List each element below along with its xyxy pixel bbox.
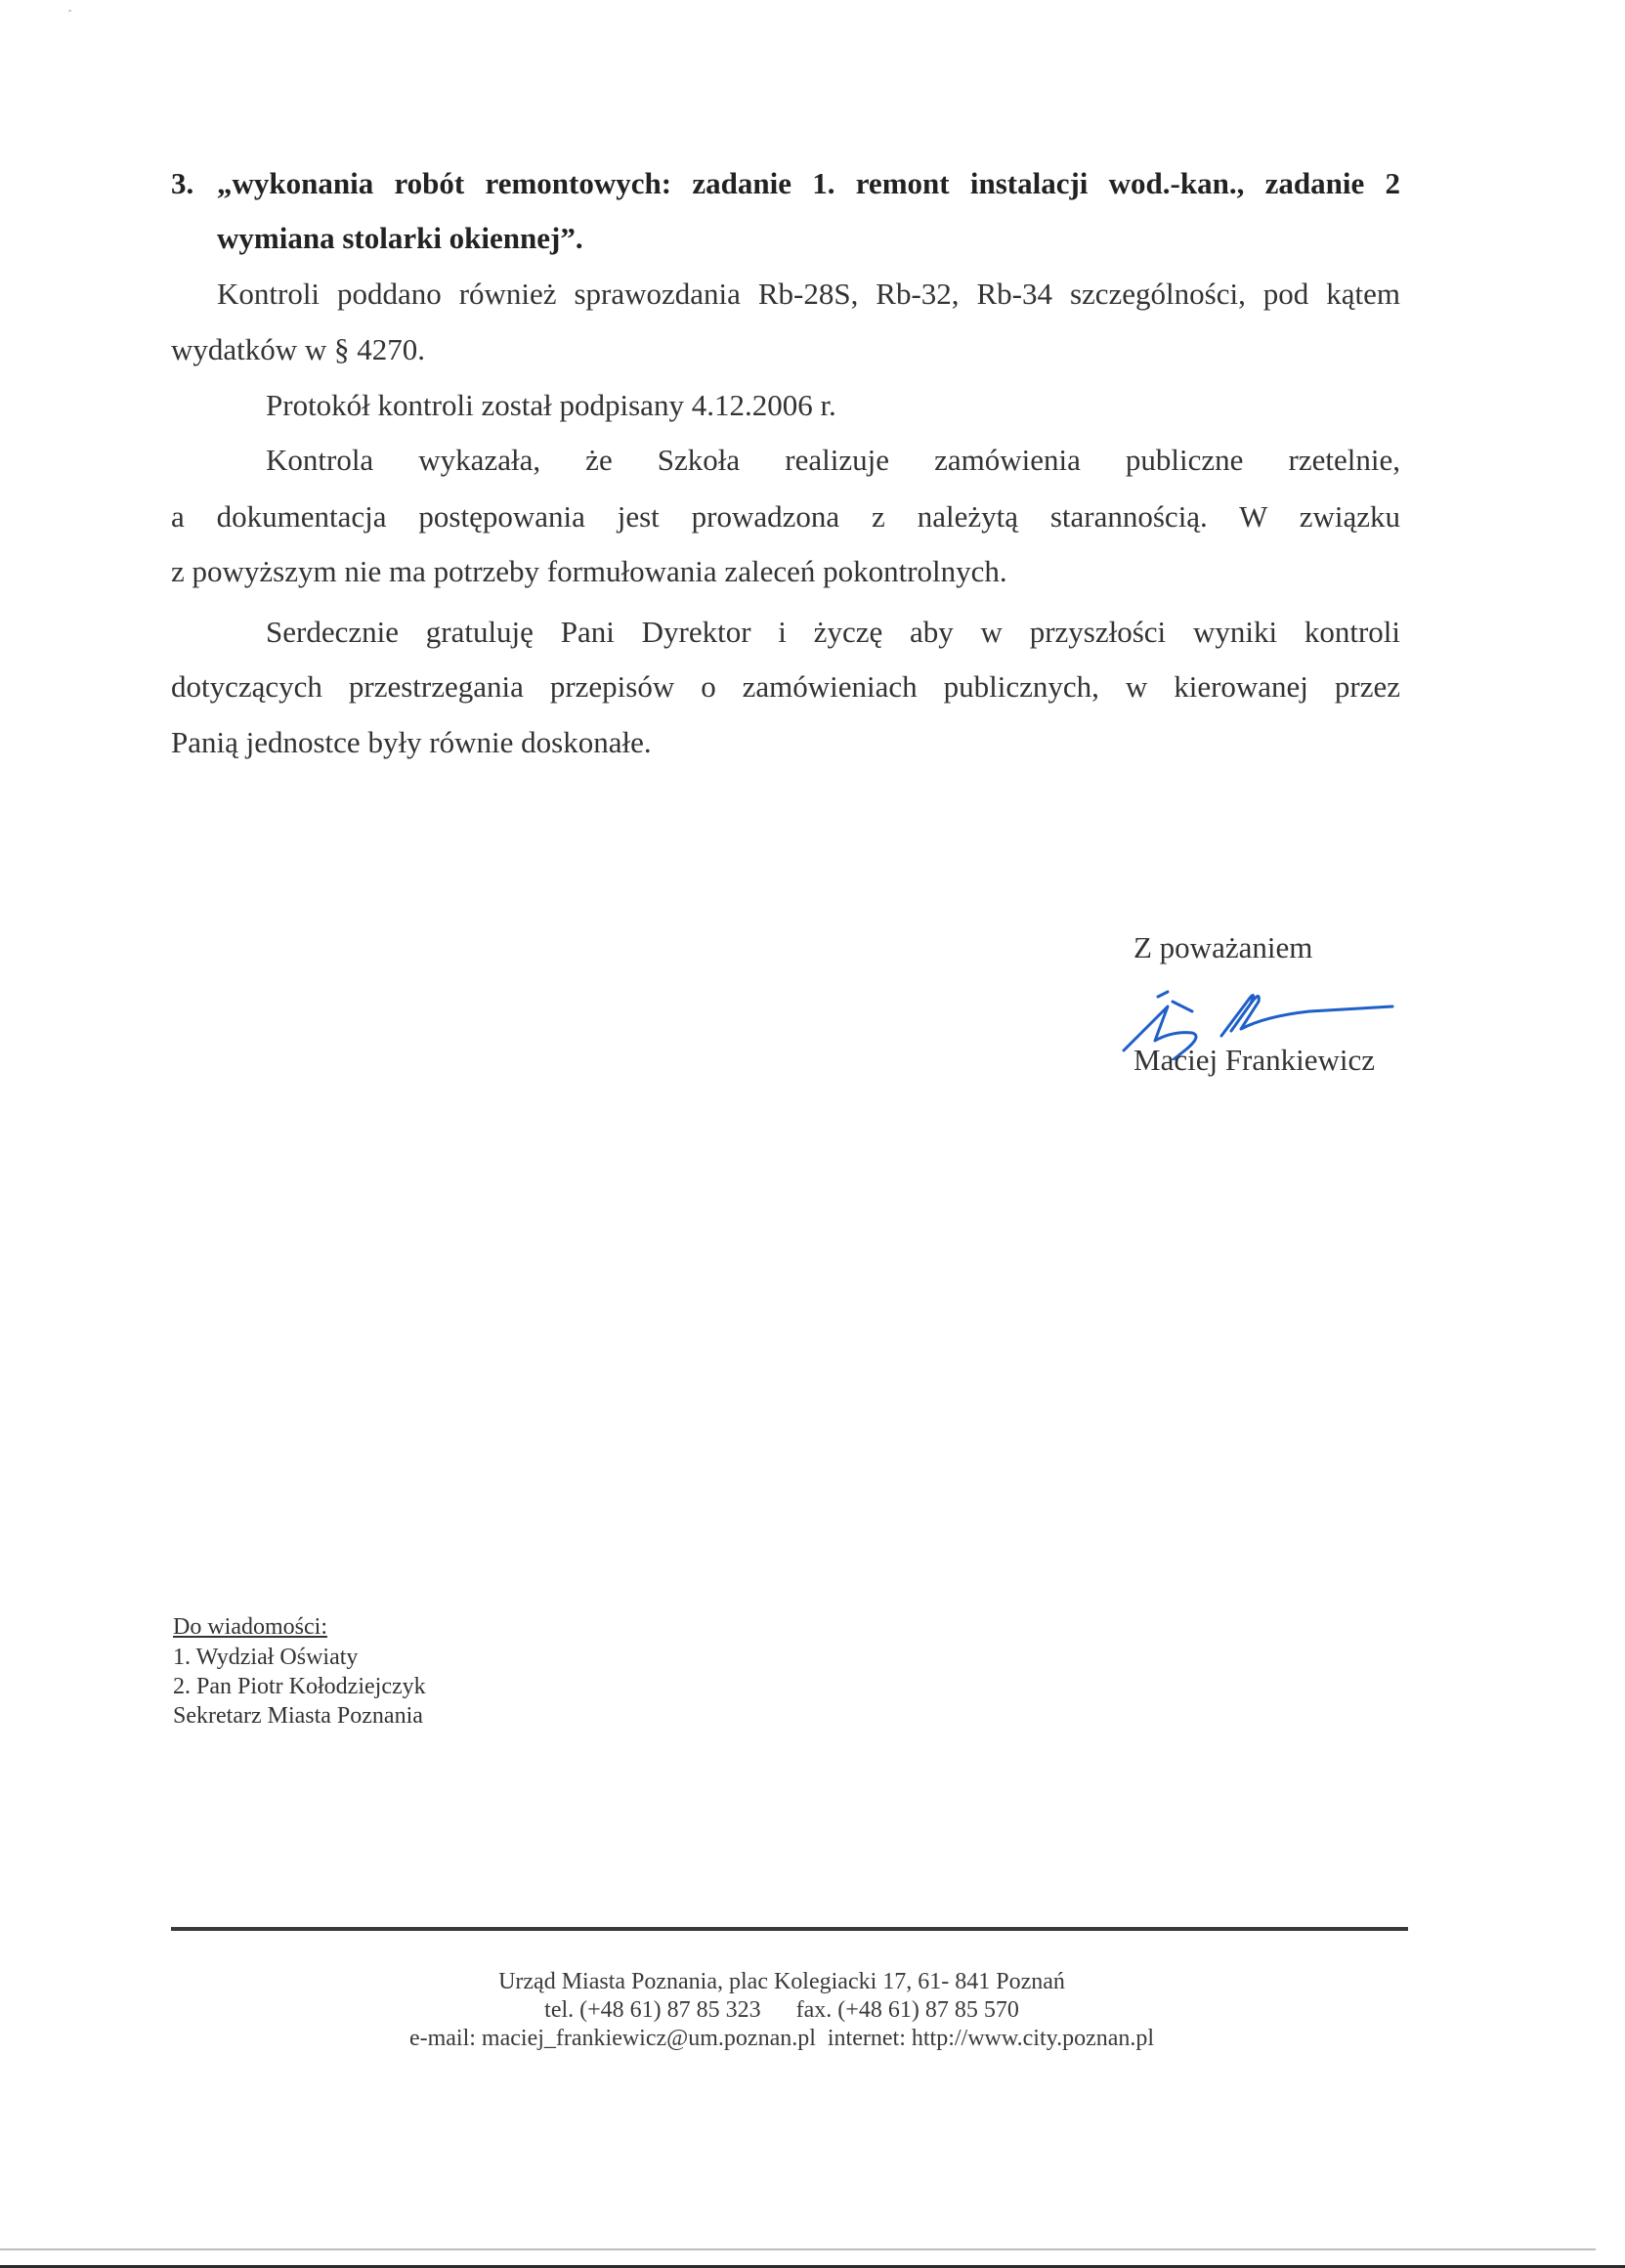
- footer-contact: e-mail: maciej_frankiewicz@um.poznan.pl …: [0, 2024, 1563, 2053]
- paragraph-1-line-1: Kontroli poddano również sprawozdania Rb…: [217, 275, 1400, 314]
- paragraph-3-line-2: a dokumentacja postępowania jest prowadz…: [171, 497, 1400, 536]
- closing-salutation: Z poważaniem: [1133, 928, 1312, 967]
- scan-artifact-line: [0, 2248, 1596, 2250]
- signatory-name: Maciej Frankiewicz: [1133, 1041, 1375, 1080]
- paragraph-4-line-3: Panią jednostce były równie doskonałe.: [171, 723, 1400, 762]
- item-3-line-2: wymiana stolarki okiennej”.: [217, 219, 1400, 258]
- scan-speck: [68, 10, 71, 12]
- item-3-text-line-1: „wykonania robót remontowych: zadanie 1.…: [217, 164, 1400, 203]
- letter-page: 3. „wykonania robót remontowych: zadanie…: [0, 0, 1625, 2268]
- cc-item-3: Sekretarz Miasta Poznania: [173, 1701, 423, 1731]
- item-number: 3.: [171, 164, 193, 203]
- paragraph-4-line-2: dotyczących przestrzegania przepisów o z…: [171, 667, 1400, 706]
- cc-item-2: 2. Pan Piotr Kołodziejczyk: [173, 1672, 426, 1701]
- paragraph-3-line-1: Kontrola wykazała, że Szkoła realizuje z…: [266, 441, 1400, 480]
- paragraph-2-line-1: Protokół kontroli został podpisany 4.12.…: [266, 386, 1400, 425]
- cc-item-1: 1. Wydział Oświaty: [173, 1643, 358, 1672]
- paragraph-4-line-1: Serdecznie gratuluję Pani Dyrektor i życ…: [266, 613, 1400, 652]
- paragraph-3-line-3: z powyższym nie ma potrzeby formułowania…: [171, 552, 1400, 591]
- cc-title: Do wiadomości:: [173, 1612, 327, 1642]
- footer-divider: [171, 1927, 1408, 1931]
- footer-phones: tel. (+48 61) 87 85 323 fax. (+48 61) 87…: [0, 1995, 1563, 2025]
- footer-address: Urząd Miasta Poznania, plac Kolegiacki 1…: [0, 1967, 1563, 1996]
- paragraph-1-line-2: wydatków w § 4270.: [171, 330, 1400, 369]
